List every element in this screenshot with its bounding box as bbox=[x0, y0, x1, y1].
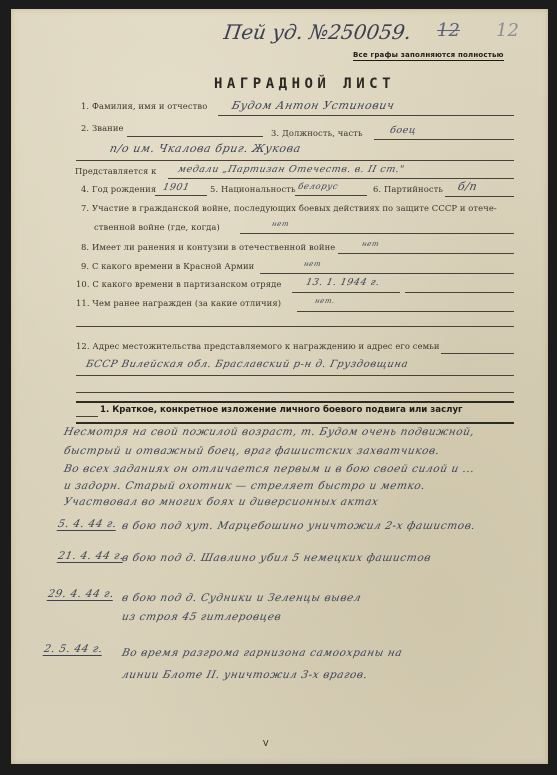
entry-date: 2. 5. 44 г. bbox=[43, 643, 104, 656]
narrative-line: и задорн. Старый охотник — стреляет быст… bbox=[63, 480, 427, 492]
field-partisan-since-value: 13. 1. 1944 г. bbox=[305, 277, 381, 288]
field-wounds-line bbox=[338, 253, 514, 254]
field-presented-label: Представляется к bbox=[75, 166, 156, 176]
field-nationality-line bbox=[295, 195, 367, 196]
field-name-label: 1. Фамилия, имя и отчество bbox=[81, 101, 207, 111]
field-position-cont-line bbox=[76, 160, 514, 161]
field-war-participation-label-1: 7. Участие в гражданской войне, последую… bbox=[81, 203, 497, 213]
field-party-label: 6. Партийность bbox=[373, 184, 443, 194]
field-war-participation-value: нет bbox=[271, 220, 290, 228]
entry-date: 29. 4. 44 г. bbox=[47, 588, 116, 601]
narrative-line: Несмотря на свой пожилой возраст, т. Буд… bbox=[63, 426, 476, 438]
field-position-line bbox=[374, 139, 514, 140]
entry-text: из строя 45 гитлеровцев bbox=[121, 611, 283, 623]
field-party-value: б/п bbox=[457, 180, 479, 193]
field-name-line bbox=[218, 115, 514, 116]
field-red-army-line bbox=[260, 273, 514, 274]
section-heading-left-rule bbox=[76, 416, 98, 417]
field-red-army-value: нет bbox=[303, 260, 322, 268]
field-partisan-since-line-2 bbox=[405, 292, 514, 293]
field-presented-value: медали „Партизан Отечеств. в. II ст." bbox=[177, 164, 406, 175]
field-rank-label: 2. Звание bbox=[81, 123, 124, 133]
field-address-line-2 bbox=[76, 375, 514, 376]
field-name-value: Будом Антон Устинович bbox=[231, 99, 396, 112]
field-prior-awards-line bbox=[297, 311, 514, 312]
field-wounds-value: нет bbox=[361, 240, 380, 248]
field-position-label: 3. Должность, часть bbox=[271, 128, 363, 138]
entry-text: в бою под д. Судники и Зеленцы вывел bbox=[121, 592, 363, 604]
field-war-participation-line bbox=[240, 233, 514, 234]
field-address-line-3 bbox=[76, 392, 514, 393]
entry-text: линии Блоте II. уничтожил 3-х врагов. bbox=[121, 669, 369, 681]
page-number: 12 bbox=[496, 20, 519, 41]
field-nationality-value: белорус bbox=[297, 182, 339, 192]
field-prior-awards-value: нет. bbox=[314, 297, 336, 305]
field-war-participation-label-2: ственной войне (где, когда) bbox=[94, 222, 220, 232]
entry-date: 5. 4. 44 г. bbox=[57, 518, 118, 531]
archive-note: Пей уд. №250059. bbox=[222, 20, 413, 44]
section-1-heading: 1. Краткое, конкретное изложение личного… bbox=[100, 405, 463, 415]
field-address-line bbox=[441, 353, 514, 354]
field-address-label: 12. Адрес местожительства представляемог… bbox=[76, 341, 440, 351]
field-position-value-cont: п/о им. Чкалова бриг. Жукова bbox=[109, 142, 303, 155]
field-rank-line bbox=[127, 136, 263, 137]
entry-text: Во время разгрома гарнизона самоохраны н… bbox=[121, 647, 404, 659]
narrative-line: Во всех заданиях он отличается первым и … bbox=[63, 463, 476, 475]
page-number-crossed: 12 bbox=[437, 20, 460, 41]
field-prior-awards-line-2 bbox=[76, 326, 514, 327]
section-divider-bottom bbox=[76, 422, 514, 424]
field-birth-year-line bbox=[155, 195, 207, 196]
narrative-line: быстрый и отважный боец, враг фашистских… bbox=[63, 445, 441, 457]
field-birth-year-label: 4. Год рождения bbox=[81, 184, 156, 194]
field-party-line bbox=[445, 196, 514, 197]
entry-text: в бою под д. Шавлино убил 5 немецких фаш… bbox=[121, 552, 433, 564]
field-red-army-label: 9. С какого времени в Красной Армии bbox=[81, 261, 254, 271]
entry-text: в бою под хут. Марцебошино уничтожил 2-х… bbox=[121, 520, 477, 532]
narrative-line: Участвовал во многих боях и диверсионных… bbox=[63, 496, 380, 508]
field-prior-awards-label: 11. Чем ранее награжден (за какие отличи… bbox=[76, 298, 281, 308]
field-birth-year-value: 1901 bbox=[162, 182, 191, 193]
bottom-mark: V bbox=[263, 739, 268, 748]
section-divider-top bbox=[76, 401, 514, 403]
field-partisan-since-label: 10. С какого времени в партизанском отря… bbox=[76, 279, 281, 289]
field-address-value: БССР Вилейская обл. Браславский р-н д. Г… bbox=[85, 359, 409, 370]
fill-all-fields-notice: Все графы заполняются полностью bbox=[353, 51, 504, 61]
entry-date: 21. 4. 44 г. bbox=[57, 550, 126, 563]
field-presented-line bbox=[168, 178, 514, 179]
page-title: НАГРАДНОЙ ЛИСТ bbox=[214, 76, 395, 92]
field-wounds-label: 8. Имеет ли ранения и контузии в отечест… bbox=[81, 242, 335, 252]
field-nationality-label: 5. Национальность bbox=[210, 184, 296, 194]
field-partisan-since-line bbox=[292, 292, 400, 293]
field-position-value: боец bbox=[389, 125, 418, 136]
